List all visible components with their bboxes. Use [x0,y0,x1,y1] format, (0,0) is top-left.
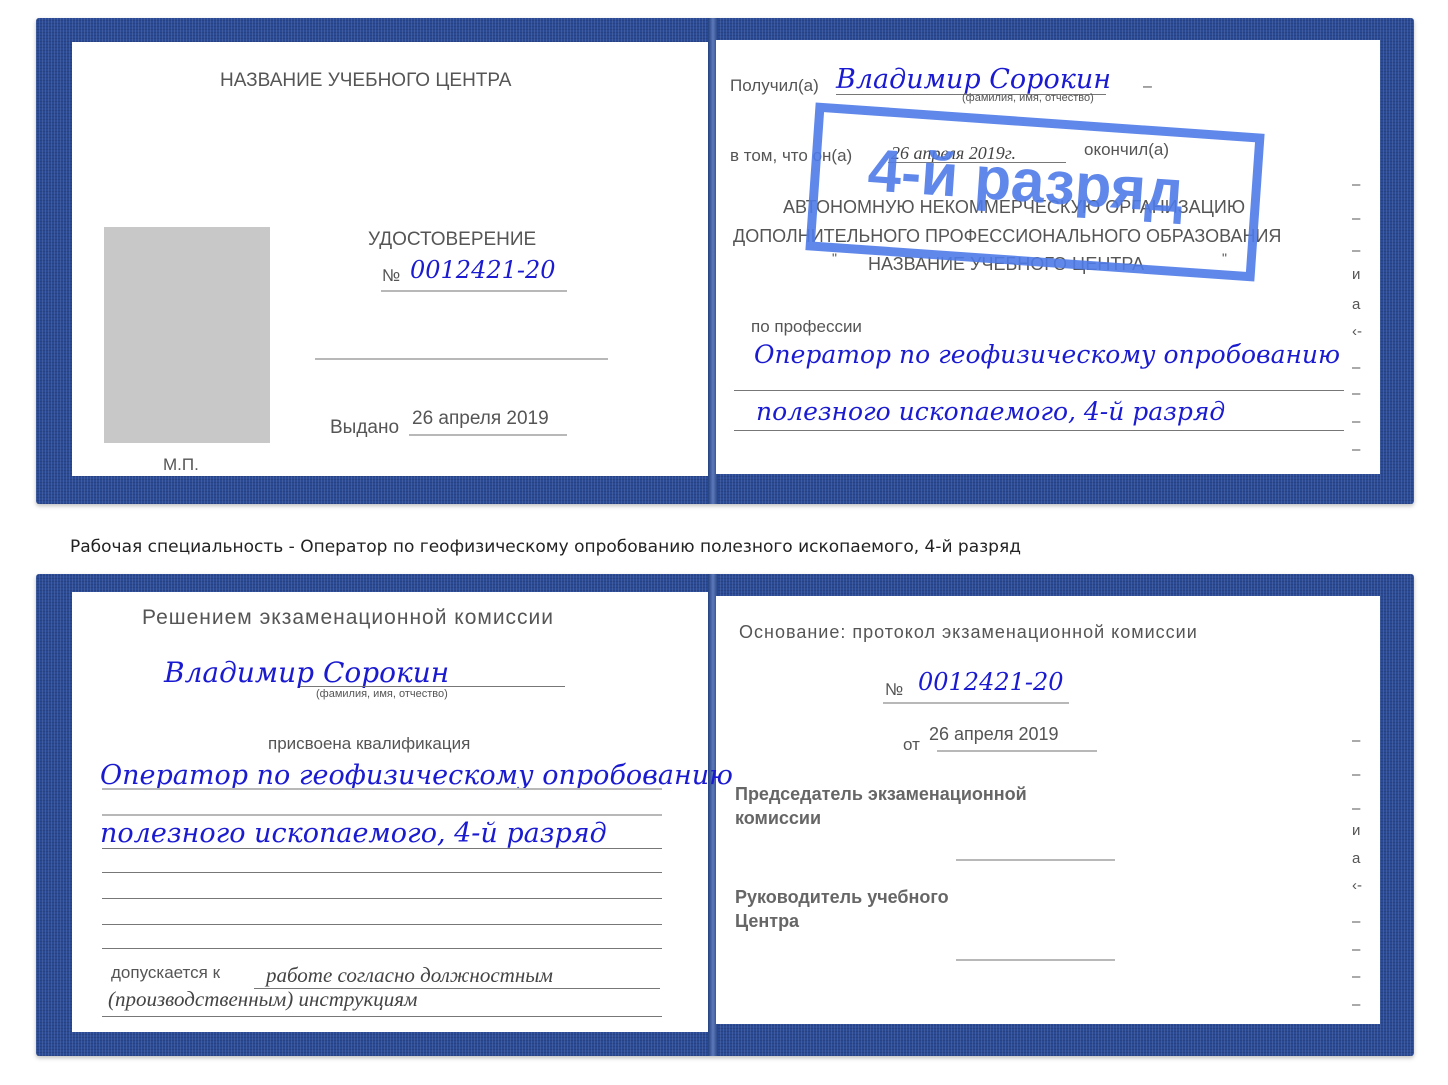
received-label: Получил(а) [730,76,819,96]
chairman-label-line-1: Председатель экзаменационной [735,784,1027,805]
issued-underline [409,434,567,436]
admitted-line-1: работе согласно должностным [266,963,553,988]
profession-line-2: полезного ископаемого, 4-й разряд [756,397,1225,426]
photo-placeholder [104,227,270,443]
protocol-date-underline [937,750,1097,752]
admitted-label: допускается к [111,963,220,983]
specialty-caption: Рабочая специальность - Оператор по геоф… [70,533,1150,562]
training-center-name: НАЗВАНИЕ УЧЕБНОГО ЦЕНТРА [220,70,512,92]
protocol-date: 26 апреля 2019 [929,724,1059,745]
protocol-number-underline [883,702,1069,704]
decision-title: Решением экзаменационной комиссии [142,606,554,630]
number-underline [381,290,567,292]
recipient-dash: – [1143,78,1152,96]
issued-label: Выдано [330,417,399,439]
blank-line [315,358,608,360]
name-hint: (фамилия, имя, отчество) [962,92,1094,104]
head-label-line-1: Руководитель учебного [735,887,949,908]
qualification-underline-2 [102,814,662,816]
protocol-number-label: № [885,680,903,700]
number-label: № [382,266,400,286]
from-label: от [903,735,920,755]
grade-stamp: 4-й разряд [805,102,1264,281]
ruled-line-1 [102,848,662,849]
protocol-number: 0012421-20 [918,668,1064,696]
person-name: Владимир Сорокин [164,656,449,689]
basis-title: Основание: протокол экзаменационной коми… [739,622,1198,643]
head-signature-line[interactable] [956,959,1115,961]
chairman-signature-line[interactable] [956,859,1115,861]
person-name-hint: (фамилия, имя, отчество) [316,688,448,700]
qualification-line-1: Оператор по геофизическому опробованию [100,760,733,791]
profession-label: по профессии [751,317,862,337]
certificate-number: 0012421-20 [410,256,556,284]
qualification-underline-1 [102,788,662,790]
assigned-label: присвоена квалификация [268,734,470,754]
chairman-label-line-2: комиссии [735,808,821,829]
ruled-line-4 [102,924,662,925]
recipient-name: Владимир Сорокин [836,64,1111,95]
organization-quote-open: " [832,250,837,266]
seal-label: М.П. [163,455,199,475]
ruled-line-3 [102,898,662,899]
head-label-line-2: Центра [735,911,799,932]
document-title: УДОСТОВЕРЕНИЕ [368,229,536,251]
admitted-underline-2 [102,1016,662,1017]
issued-date: 26 апреля 2019 [412,408,549,430]
ruled-line-2 [102,872,662,873]
profession-underline-1 [734,390,1344,391]
person-name-underline [300,686,565,687]
ruled-line-5 [102,948,662,949]
profession-line-1: Оператор по геофизическому опробованию [754,340,1340,369]
admitted-line-2: (производственным) инструкциям [108,987,417,1012]
qualification-line-2: полезного ископаемого, 4-й разряд [100,818,607,849]
profession-underline-2 [734,430,1344,431]
grade-stamp-text: 4-й разряд [866,135,1186,226]
